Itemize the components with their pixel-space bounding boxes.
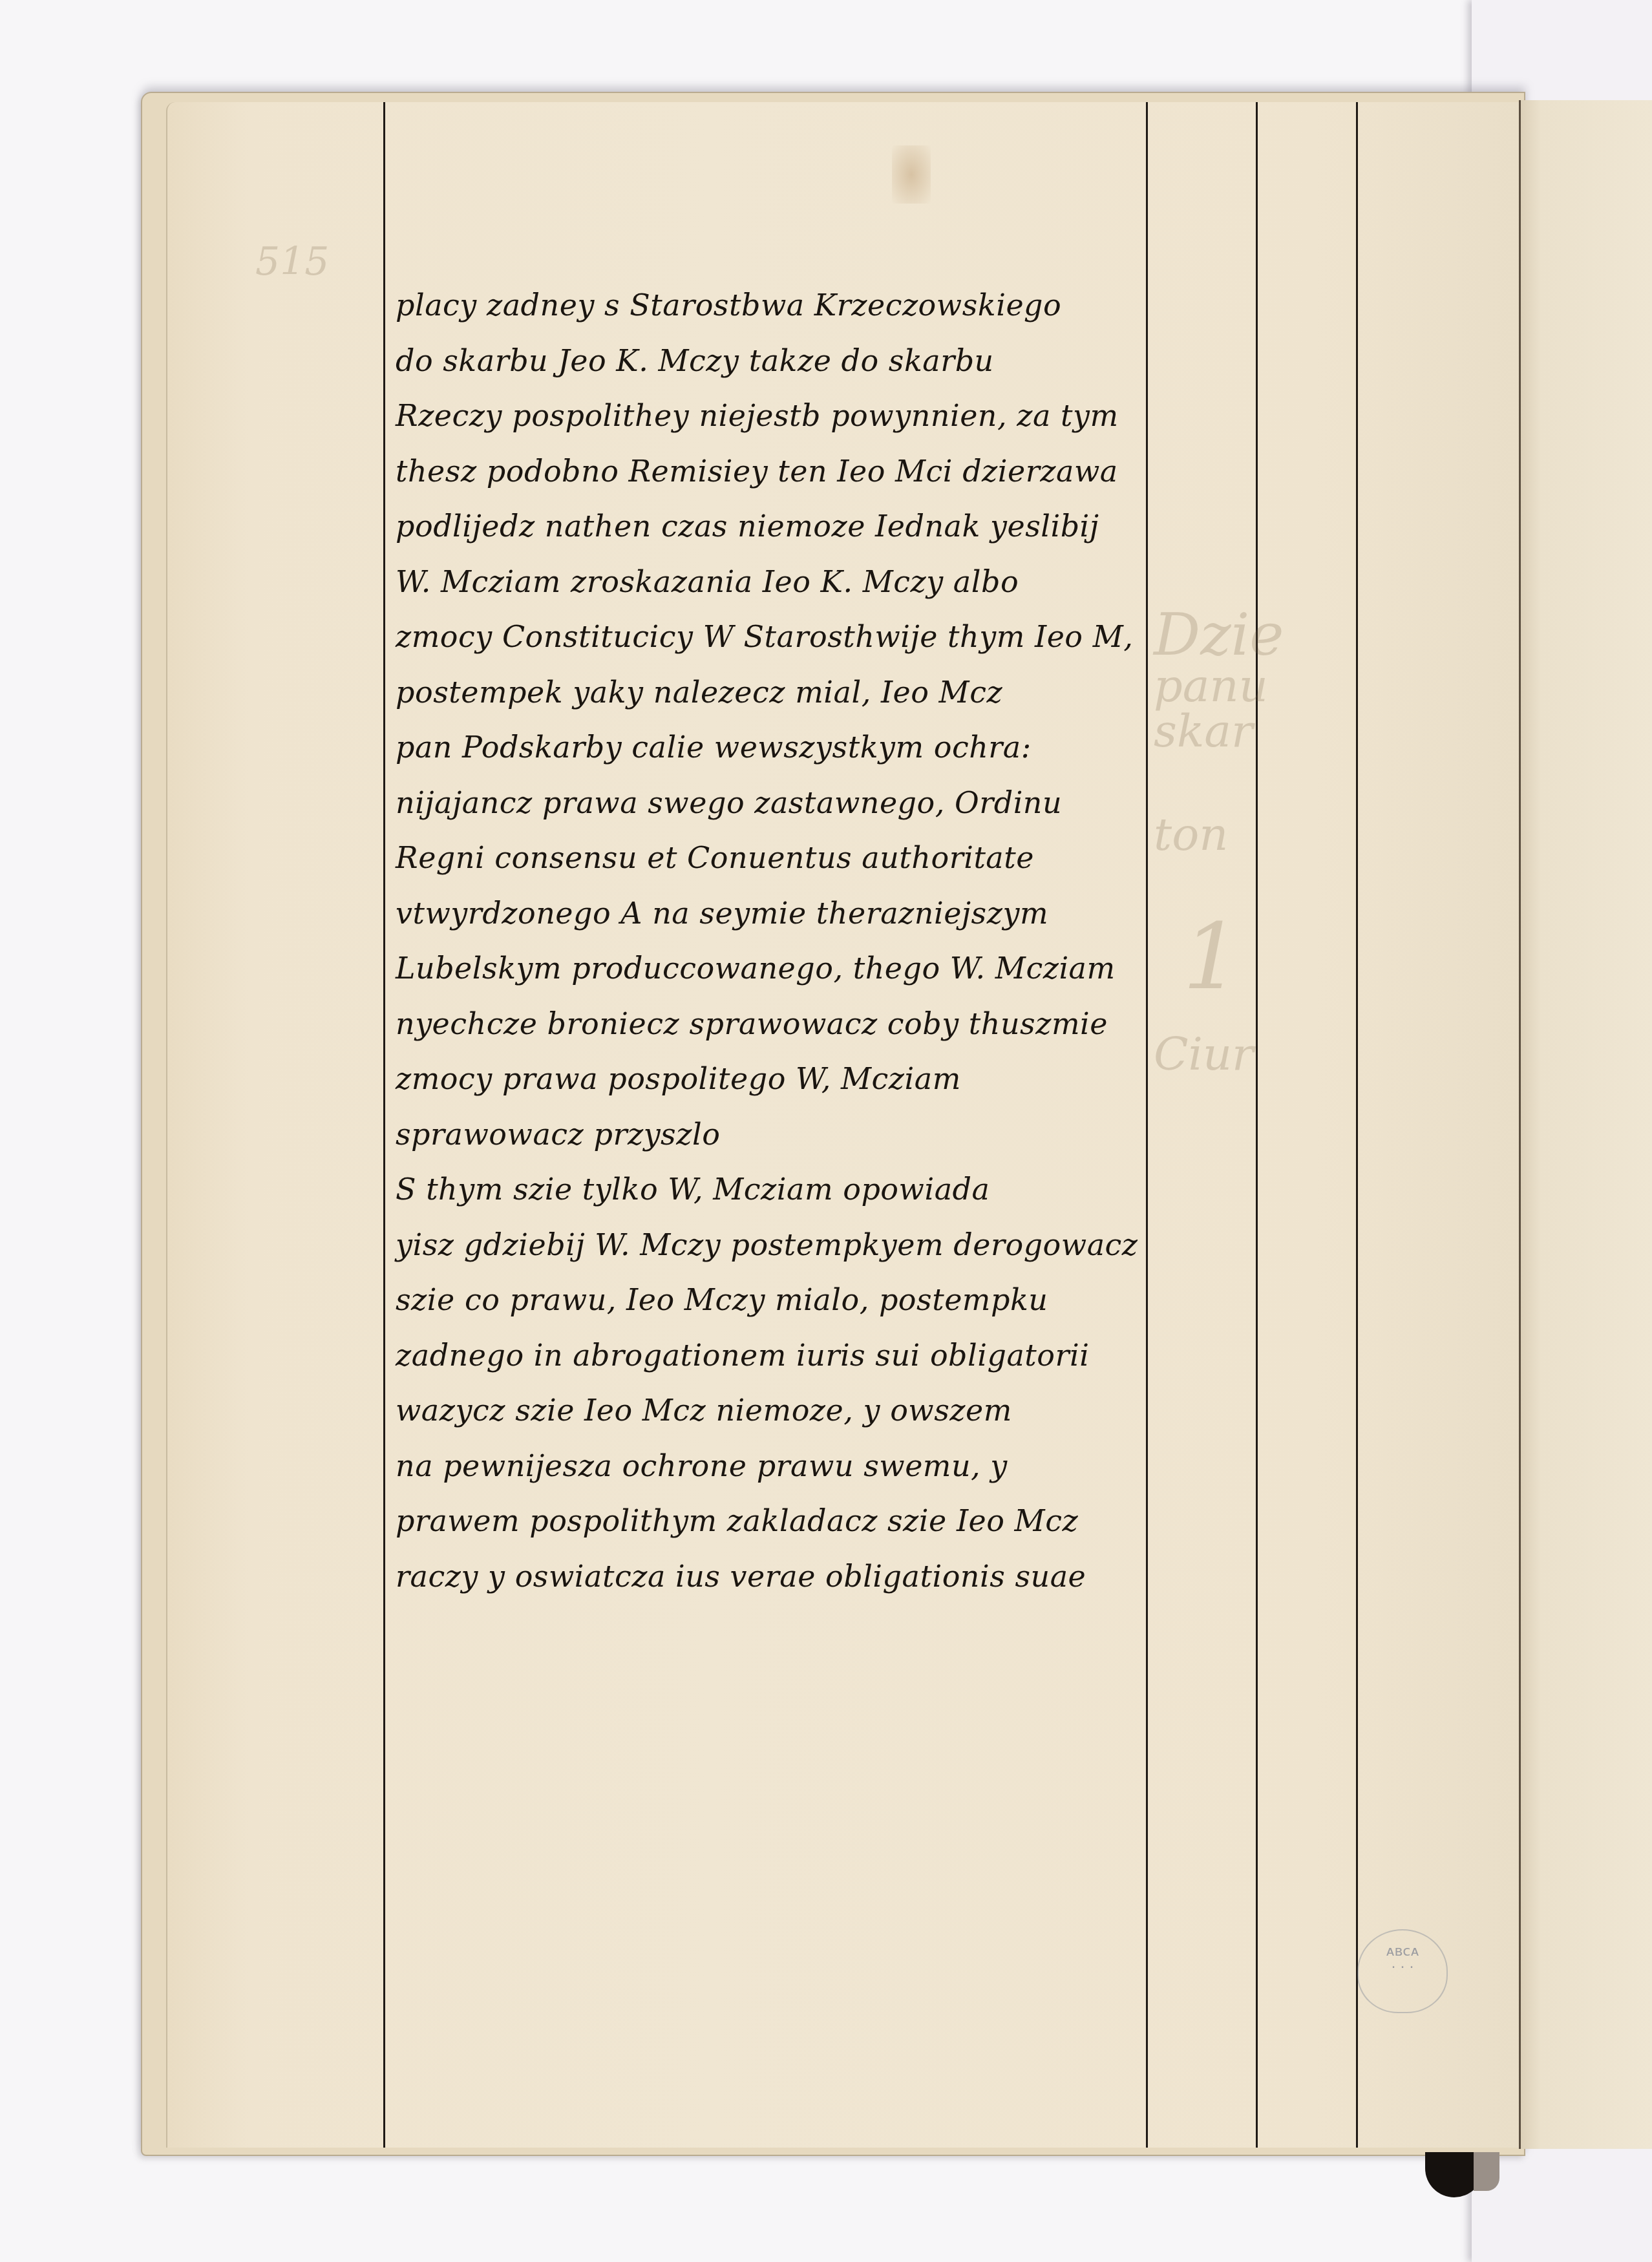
bleed-through-number: 515 [255,239,330,284]
text-line: postempek yaky nalezecz mial, Ieo Mcz [396,665,1145,721]
ink-stain [892,145,931,204]
library-stamp: ᴀʙᴄᴀ · · · [1357,1929,1448,2013]
text-line: do skarbu Jeo K. Mczy takze do skarbu [396,333,1145,389]
bleed-through-fragment: Ciur [1154,1028,1254,1081]
stamp-subtext: · · · [1359,1960,1446,1976]
text-line: podlijedz nathen czas niemoze Iednak yes… [396,499,1145,555]
text-line: zmocy Constitucicy W Starosthwije thym I… [396,609,1145,665]
text-line: Regni consensu et Conuentus authoritate [396,830,1145,886]
text-line: vtwyrdzonego A na seymie therazniejszym [396,886,1145,942]
text-line: szie co prawu, Ieo Mczy mialo, postempku [396,1273,1145,1328]
facing-page-edge [1519,100,1652,2149]
binding-thread [1474,2152,1499,2191]
text-line: na pewnijesza ochrone prawu swemu, y [396,1439,1145,1494]
text-right-rule [1146,102,1148,2148]
text-line: W. Mcziam zroskazania Ieo K. Mczy albo [396,555,1145,610]
left-margin-rule [383,102,385,2148]
bleed-through-fragment: ton [1154,808,1228,861]
text-line: nijajancz prawa swego zastawnego, Ordinu [396,776,1145,831]
text-line: sprawowacz przyszlo [396,1107,1145,1163]
text-line: raczy y oswiatcza ius verae obligationis… [396,1549,1145,1605]
text-line: prawem pospolithym zakladacz szie Ieo Mc… [396,1494,1145,1549]
text-line: Lubelskym produccowanego, thego W. Mczia… [396,941,1145,997]
manuscript-text: placy zadney s Starostbwa Krzeczowskiego… [396,278,1145,1604]
text-line: Rzeczy pospolithey niejestb powynnien, z… [396,388,1145,444]
bleed-through-fragment: 1 [1183,905,1240,1010]
column-rule-1 [1256,102,1258,2148]
stamp-text: ᴀʙᴄᴀ [1359,1943,1446,1960]
bleed-through-fragment: skar [1154,704,1253,757]
text-line: zmocy prawa pospolitego W, Mcziam [396,1052,1145,1107]
text-line: wazycz szie Ieo Mcz niemoze, y owszem [396,1383,1145,1439]
text-line: zadnego in abrogationem iuris sui obliga… [396,1328,1145,1384]
column-rule-2 [1356,102,1358,2148]
text-line: pan Podskarby calie wewszystkym ochra: [396,720,1145,776]
text-line: thesz podobno Remisiey ten Ieo Mci dzier… [396,444,1145,500]
text-line: S thym szie tylko W, Mcziam opowiada [396,1162,1145,1218]
text-line: placy zadney s Starostbwa Krzeczowskiego [396,278,1145,333]
text-line: nyechcze broniecz sprawowacz coby thuszm… [396,997,1145,1052]
text-line: yisz gdziebij W. Mczy postempkyem derogo… [396,1218,1145,1273]
